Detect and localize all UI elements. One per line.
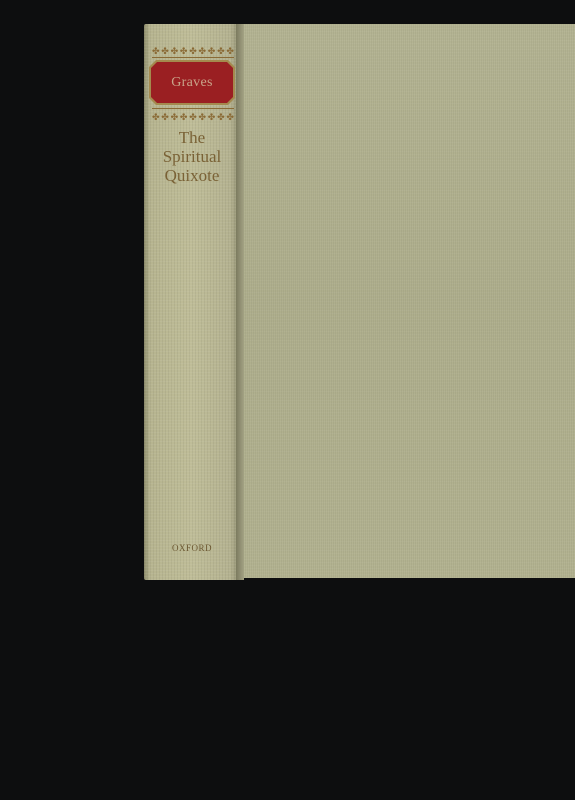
fleuron-icon: ✤ — [152, 46, 160, 56]
fleuron-icon: ✤ — [226, 46, 234, 56]
fleuron-icon: ✤ — [198, 112, 206, 122]
title-line: Quixote — [144, 166, 240, 185]
fleuron-icon: ✤ — [198, 46, 206, 56]
gilt-rule — [152, 108, 234, 109]
fleuron-icon: ✤ — [189, 46, 197, 56]
fleuron-icon: ✤ — [217, 46, 225, 56]
fleuron-icon: ✤ — [180, 112, 188, 122]
fleuron-icon: ✤ — [217, 112, 225, 122]
fleuron-icon: ✤ — [208, 46, 216, 56]
fleuron-icon: ✤ — [171, 46, 179, 56]
fleuron-icon: ✤ — [161, 46, 169, 56]
book-title: The Spiritual Quixote — [144, 128, 240, 185]
author-name: Graves — [171, 75, 212, 91]
book-photo: ✤ ✤ ✤ ✤ ✤ ✤ ✤ ✤ ✤ Graves ✤ ✤ ✤ ✤ ✤ ✤ ✤ ✤… — [0, 0, 575, 800]
fleuron-icon: ✤ — [152, 112, 160, 122]
author-label: Graves — [151, 62, 233, 103]
top-ornament-row: ✤ ✤ ✤ ✤ ✤ ✤ ✤ ✤ ✤ — [152, 46, 234, 56]
bottom-ornament-row: ✤ ✤ ✤ ✤ ✤ ✤ ✤ ✤ ✤ — [152, 112, 234, 122]
fleuron-icon: ✤ — [226, 112, 234, 122]
title-line: Spiritual — [144, 147, 240, 166]
fleuron-icon: ✤ — [180, 46, 188, 56]
fleuron-icon: ✤ — [189, 112, 197, 122]
fleuron-icon: ✤ — [161, 112, 169, 122]
title-line: The — [144, 128, 240, 147]
front-cover — [243, 24, 575, 578]
spine-hinge — [236, 24, 244, 580]
gilt-rule — [152, 57, 234, 58]
publisher-imprint: OXFORD — [144, 543, 240, 553]
fleuron-icon: ✤ — [171, 112, 179, 122]
fleuron-icon: ✤ — [208, 112, 216, 122]
